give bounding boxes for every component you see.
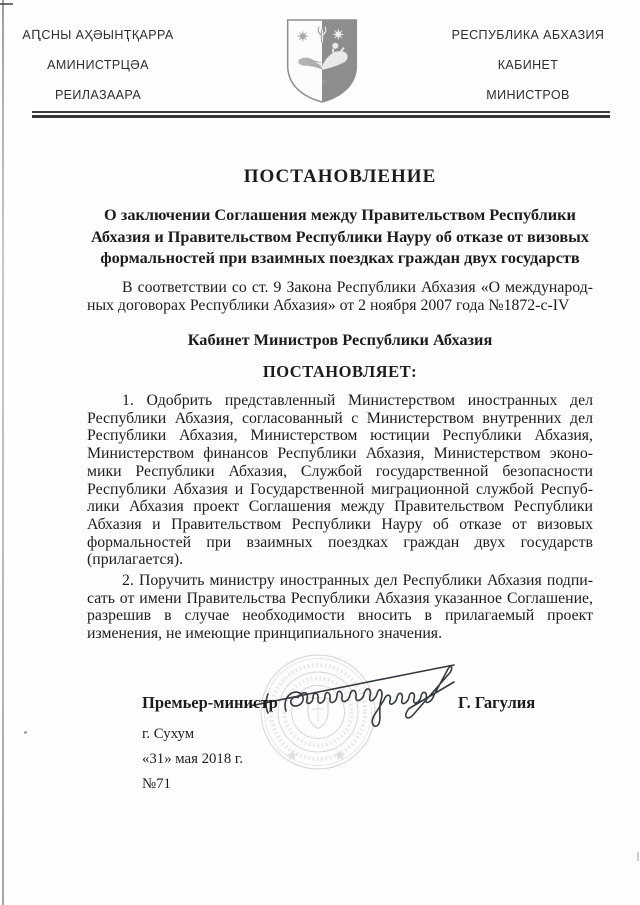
issue-date: «31» мая 2018 г. [142, 751, 243, 768]
official-round-stamp [261, 655, 375, 769]
subject-line: Абхазия и Правительством Республики Наур… [87, 226, 593, 248]
resolution-items: 1. Одобрить представленный Министерством… [87, 392, 593, 643]
letterhead-abkhazian-line3: РЕИЛАЗААРА [8, 80, 188, 110]
subject-line: О заключении Соглашения между Правительс… [87, 204, 593, 226]
item-1-paragraph: 1. Одобрить представленный Министерством… [87, 392, 593, 569]
document-subject: О заключении Соглашения между Правительс… [87, 204, 593, 269]
stamp-and-signature-graphic [240, 638, 480, 793]
letterhead-russian-line1: РЕСПУБЛИКА АБХАЗИЯ [445, 20, 611, 50]
item-1-line: Республики Абхазия, согласованный с Мини… [87, 410, 593, 428]
preamble-line: ных договорах Республики Абхазия» от 2 н… [87, 297, 593, 315]
item-2-line: сать от имени Правительства Республики А… [87, 590, 593, 608]
item-1-line: Абхазия и Правительством Республики Наур… [87, 516, 593, 534]
abkhazia-coat-of-arms [281, 16, 363, 106]
letterhead-divider-rule [32, 111, 610, 118]
item-1-line: мики Республики Абхазия, Службой государ… [87, 463, 593, 481]
item-1-line: формальностей при взаимных поездках граж… [87, 534, 593, 552]
preamble-paragraph: В соответствии со ст. 9 Закона Республик… [87, 279, 593, 315]
decree-document-page: АԤСНЫ АҲӘЫНҬҚАРРА АМИНИСТРЦӘА РЕИЛАЗААРА [0, 0, 640, 905]
letterhead-russian-line2: КАБИНЕТ [445, 50, 611, 80]
item-1-line: Республики Абхазия и Государственной миг… [87, 481, 593, 499]
issue-number: №71 [142, 776, 171, 793]
document-title: ПОСТАНОВЛЕНИЕ [87, 166, 593, 188]
letterhead-abkhazian-line1: АԤСНЫ АҲӘЫНҬҚАРРА [8, 20, 188, 50]
item-1-line: Республики Абхазия, Министерством юстици… [87, 427, 593, 445]
issue-place: г. Сухум [142, 726, 194, 743]
scan-edge-artifact [2, 0, 4, 905]
preamble-line: В соответствии со ст. 9 Закона Республик… [87, 279, 593, 297]
item-1-line: 1. Одобрить представленный Министерством… [87, 392, 593, 410]
signatory-name: Г. Гагулия [458, 693, 535, 713]
scan-edge-speck [637, 852, 639, 861]
scan-speck [24, 731, 27, 734]
issuing-authority: Кабинет Министров Республики Абхазия [87, 330, 593, 350]
subject-line: формальностей при взаимных поездках граж… [87, 247, 593, 269]
item-1-line: (прилагается). [87, 551, 593, 569]
resolution-word: ПОСТАНОВЛЯЕТ: [87, 362, 593, 382]
letterhead-abkhazian: АԤСНЫ АҲӘЫНҬҚАРРА АМИНИСТРЦӘА РЕИЛАЗААРА [8, 20, 188, 110]
letterhead-abkhazian-line2: АМИНИСТРЦӘА [8, 50, 188, 80]
item-1-line: Министерством финансов Республики Абхази… [87, 445, 593, 463]
signatory-post: Премьер-министр [142, 693, 278, 713]
letterhead-russian-line3: МИНИСТРОВ [445, 80, 611, 110]
letterhead-russian: РЕСПУБЛИКА АБХАЗИЯ КАБИНЕТ МИНИСТРОВ [445, 20, 611, 110]
scan-corner-artifact [0, 3, 13, 5]
item-2-paragraph: 2. Поручить министру иностранных дел Рес… [87, 572, 593, 643]
item-2-line: 2. Поручить министру иностранных дел Рес… [87, 572, 593, 590]
item-1-line: лики Абхазия проект Соглашения между Пра… [87, 498, 593, 516]
item-2-line: разрешив в случае необходимости вносить … [87, 607, 593, 625]
